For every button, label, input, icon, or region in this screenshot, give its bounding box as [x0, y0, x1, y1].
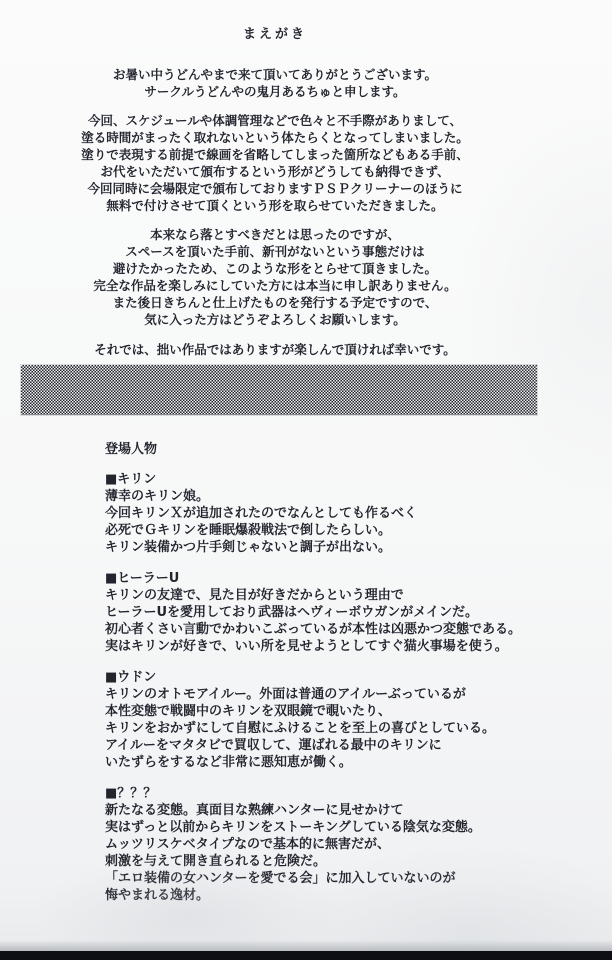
preface-line: お暑い中うどんやまで来て頂いてありがとうございます。 — [0, 66, 550, 83]
cast-entry-line: 必死でＧキリンを睡眠爆殺戦法で倒したらしい。 — [105, 522, 612, 539]
page-title: まえがき — [0, 26, 550, 43]
cast-entry-unknown: ■？？？ 新たなる変態。真面目な熟練ハンターに見せかけて 実はずっと以前からキリ… — [105, 785, 612, 904]
cast-heading: 登場人物 — [105, 441, 612, 458]
preface-line: 今回、スケジュールや体調管理などで色々と不手際がありまして、 — [0, 112, 550, 129]
preface-line: また後日きちんと仕上げたものを発行する予定ですので、 — [0, 294, 550, 311]
cast-entry-line: キリン装備かつ片手剣じゃないと調子が出ない。 — [105, 539, 612, 556]
cast-entry-line: 刺激を与えて開き直られると危険だ。 — [105, 853, 612, 870]
halftone-censor-bar — [21, 365, 537, 415]
preface-paragraph-closing: それでは、拙い作品ではありますが楽しんで頂ければ幸いです。 — [0, 341, 550, 358]
preface-line: スペースを頂いた手前、新刊がないという事態だけは — [0, 243, 550, 260]
preface-line: 塗る時間がまったく取れないという体たらくとなってしまいました。 — [0, 129, 550, 146]
cast-entry-line: キリンの友達で、見た目が好きだからという理由で — [105, 587, 612, 604]
preface-line: それでは、拙い作品ではありますが楽しんで頂ければ幸いです。 — [0, 341, 550, 358]
cast-entry-name: ■ウドン — [105, 669, 612, 686]
preface-paragraph-apology: 今回、スケジュールや体調管理などで色々と不手際がありまして、 塗る時間がまったく… — [0, 112, 550, 214]
scan-bottom-edge — [0, 951, 612, 960]
scan-bottom-shadow — [0, 940, 612, 951]
cast-entry-line: 薄幸のキリン娘。 — [105, 488, 612, 505]
cast-entry-healer-u: ■ヒーラーU キリンの友達で、見た目が好きだからという理由で ヒーラーUを愛用し… — [105, 570, 612, 655]
preface-line: 完全な作品を楽しみにしていた方には本当に申し訳ありません。 — [0, 277, 550, 294]
preface-line: 気に入った方はどうぞよろしくお願いします。 — [0, 311, 550, 328]
cast-entry-name: ■ヒーラーU — [105, 570, 612, 587]
cast-entry-line: 今回キリンＸが追加されたのでなんとしても作るべく — [105, 505, 612, 522]
cast-entry-udon: ■ウドン キリンのオトモアイルー。外面は普通のアイルーぶっているが 本性変態で戦… — [105, 669, 612, 771]
preface-line: 避けたかったため、このような形をとらせて頂きました。 — [0, 260, 550, 277]
scanned-preface-page: まえがき お暑い中うどんやまで来て頂いてありがとうございます。 サークルうどんや… — [0, 0, 612, 960]
cast-section: 登場人物 ■キリン 薄幸のキリン娘。 今回キリンＸが追加されたのでなんとしても作… — [105, 441, 612, 904]
preface-line: お代をいただいて頒布するという形がどうしても納得できず、 — [0, 163, 550, 180]
cast-entry-line: 実はずっと以前からキリンをストーキングしている陰気な変態。 — [105, 819, 612, 836]
preface-line: 無料で付けさせて頂くという形を取らせていただきました。 — [0, 197, 550, 214]
cast-entry-line: 悔やまれる逸材。 — [105, 887, 612, 904]
cast-entry-line: 新たなる変態。真面目な熟練ハンターに見せかけて — [105, 802, 612, 819]
cast-entry-line: 実はキリンが好きで、いい所を見せようとしてすぐ猫火事場を使う。 — [105, 638, 612, 655]
cast-entry-line: 本性変態で戦闘中のキリンを双眼鏡で覗いたり、 — [105, 703, 612, 720]
preface-line: 今回同時に会場限定で頒布しておりますＰＳＰクリーナーのほうに — [0, 180, 550, 197]
cast-entry-line: ヒーラーUを愛用しており武器はヘヴィーボウガンがメインだ。 — [105, 604, 612, 621]
cast-entry-line: 初心者くさい言動でかわいこぶっているが本性は凶悪かつ変態である。 — [105, 621, 612, 638]
preface-line: サークルうどんやの鬼月あるちゅと申します。 — [0, 83, 550, 100]
preface-line: 本来なら落とすべきだとは思ったのですが、 — [0, 226, 550, 243]
cast-entry-line: ムッツリスケベタイプなので基本的に無害だが、 — [105, 836, 612, 853]
preface-paragraph-greeting: お暑い中うどんやまで来て頂いてありがとうございます。 サークルうどんやの鬼月ある… — [0, 66, 550, 100]
cast-entry-kirin: ■キリン 薄幸のキリン娘。 今回キリンＸが追加されたのでなんとしても作るべく 必… — [105, 471, 612, 556]
preface-section: まえがき お暑い中うどんやまで来て頂いてありがとうございます。 サークルうどんや… — [0, 0, 550, 358]
cast-entry-line: アイルーをマタタビで買収して、運ばれる最中のキリンに — [105, 737, 612, 754]
cast-entry-line: いたずらをするなど非常に悪知恵が働く。 — [105, 754, 612, 771]
cast-entry-line: キリンをおかずにして自慰にふけることを至上の喜びとしている。 — [105, 720, 612, 737]
preface-paragraph-explanation: 本来なら落とすべきだとは思ったのですが、 スペースを頂いた手前、新刊がないという… — [0, 226, 550, 328]
cast-entry-name: ■キリン — [105, 471, 612, 488]
cast-entry-name: ■？？？ — [105, 785, 612, 802]
cast-entry-line: キリンのオトモアイルー。外面は普通のアイルーぶっているが — [105, 686, 612, 703]
cast-entry-line: 「エロ装備の女ハンターを愛でる会」に加入していないのが — [105, 870, 612, 887]
preface-line: 塗りで表現する前提で線画を省略してしまった箇所などもある手前、 — [0, 146, 550, 163]
